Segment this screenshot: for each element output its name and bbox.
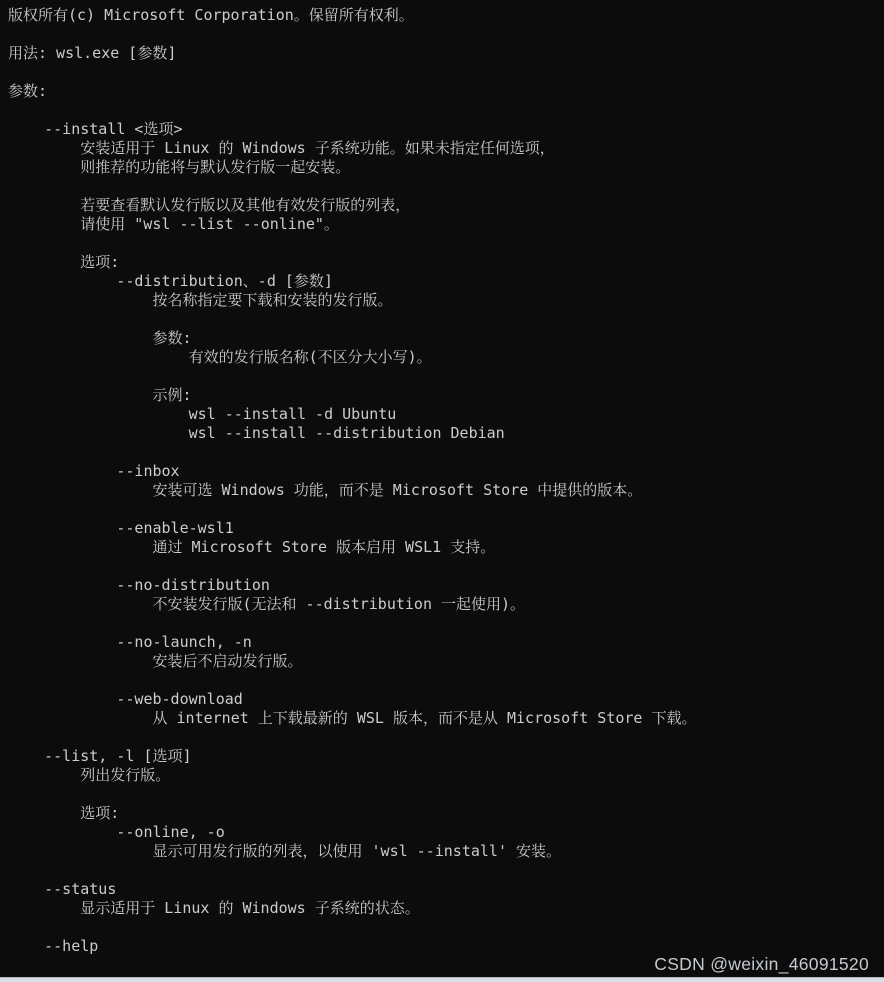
terminal-line: 选项:	[8, 253, 884, 272]
terminal-line: 请使用 "wsl --list --online"。	[8, 215, 884, 234]
terminal-line	[8, 614, 884, 633]
terminal-line	[8, 861, 884, 880]
terminal-line: --enable-wsl1	[8, 519, 884, 538]
terminal-line: 参数:	[8, 329, 884, 348]
terminal-line	[8, 367, 884, 386]
terminal-line	[8, 25, 884, 44]
terminal-line: 安装后不启动发行版。	[8, 652, 884, 671]
terminal-line	[8, 671, 884, 690]
terminal-line: 有效的发行版名称(不区分大小写)。	[8, 348, 884, 367]
terminal-line: 按名称指定要下载和安装的发行版。	[8, 291, 884, 310]
terminal-line	[8, 310, 884, 329]
terminal-line: 列出发行版。	[8, 766, 884, 785]
terminal-line: 不安装发行版(无法和 --distribution 一起使用)。	[8, 595, 884, 614]
terminal-line	[8, 557, 884, 576]
terminal-line: --install <选项>	[8, 120, 884, 139]
window-bottom-edge	[0, 977, 884, 982]
terminal-line: wsl --install -d Ubuntu	[8, 405, 884, 424]
terminal-line: --list, -l [选项]	[8, 747, 884, 766]
terminal-output: 版权所有(c) Microsoft Corporation。保留所有权利。用法:…	[8, 6, 884, 956]
terminal-line: 用法: wsl.exe [参数]	[8, 44, 884, 63]
terminal-window: { "window": { "background": "#0c0c0c", "…	[0, 0, 884, 982]
terminal-line: wsl --install --distribution Debian	[8, 424, 884, 443]
terminal-line: --inbox	[8, 462, 884, 481]
terminal-line: 选项:	[8, 804, 884, 823]
terminal-line: --web-download	[8, 690, 884, 709]
terminal-line	[8, 63, 884, 82]
terminal-line: --no-distribution	[8, 576, 884, 595]
terminal-line	[8, 728, 884, 747]
terminal-line: 显示适用于 Linux 的 Windows 子系统的状态。	[8, 899, 884, 918]
terminal-line: 显示可用发行版的列表，以使用 'wsl --install' 安装。	[8, 842, 884, 861]
terminal-line: 若要查看默认发行版以及其他有效发行版的列表，	[8, 196, 884, 215]
terminal-line: 则推荐的功能将与默认发行版一起安装。	[8, 158, 884, 177]
terminal-line: 参数:	[8, 82, 884, 101]
terminal-line	[8, 443, 884, 462]
terminal-line: 版权所有(c) Microsoft Corporation。保留所有权利。	[8, 6, 884, 25]
terminal-line: --online, -o	[8, 823, 884, 842]
terminal-line: 安装适用于 Linux 的 Windows 子系统功能。如果未指定任何选项，	[8, 139, 884, 158]
terminal-line: 通过 Microsoft Store 版本启用 WSL1 支持。	[8, 538, 884, 557]
terminal-line: 从 internet 上下载最新的 WSL 版本，而不是从 Microsoft …	[8, 709, 884, 728]
terminal-line: --no-launch, -n	[8, 633, 884, 652]
terminal-line: --status	[8, 880, 884, 899]
terminal-line	[8, 177, 884, 196]
terminal-line	[8, 918, 884, 937]
terminal-line	[8, 785, 884, 804]
terminal-line: 安装可选 Windows 功能，而不是 Microsoft Store 中提供的…	[8, 481, 884, 500]
terminal-line	[8, 101, 884, 120]
terminal-line	[8, 500, 884, 519]
terminal-line	[8, 234, 884, 253]
terminal-line: 示例:	[8, 386, 884, 405]
csdn-watermark: CSDN @weixin_46091520	[654, 954, 869, 975]
terminal-line: --distribution、-d [参数]	[8, 272, 884, 291]
